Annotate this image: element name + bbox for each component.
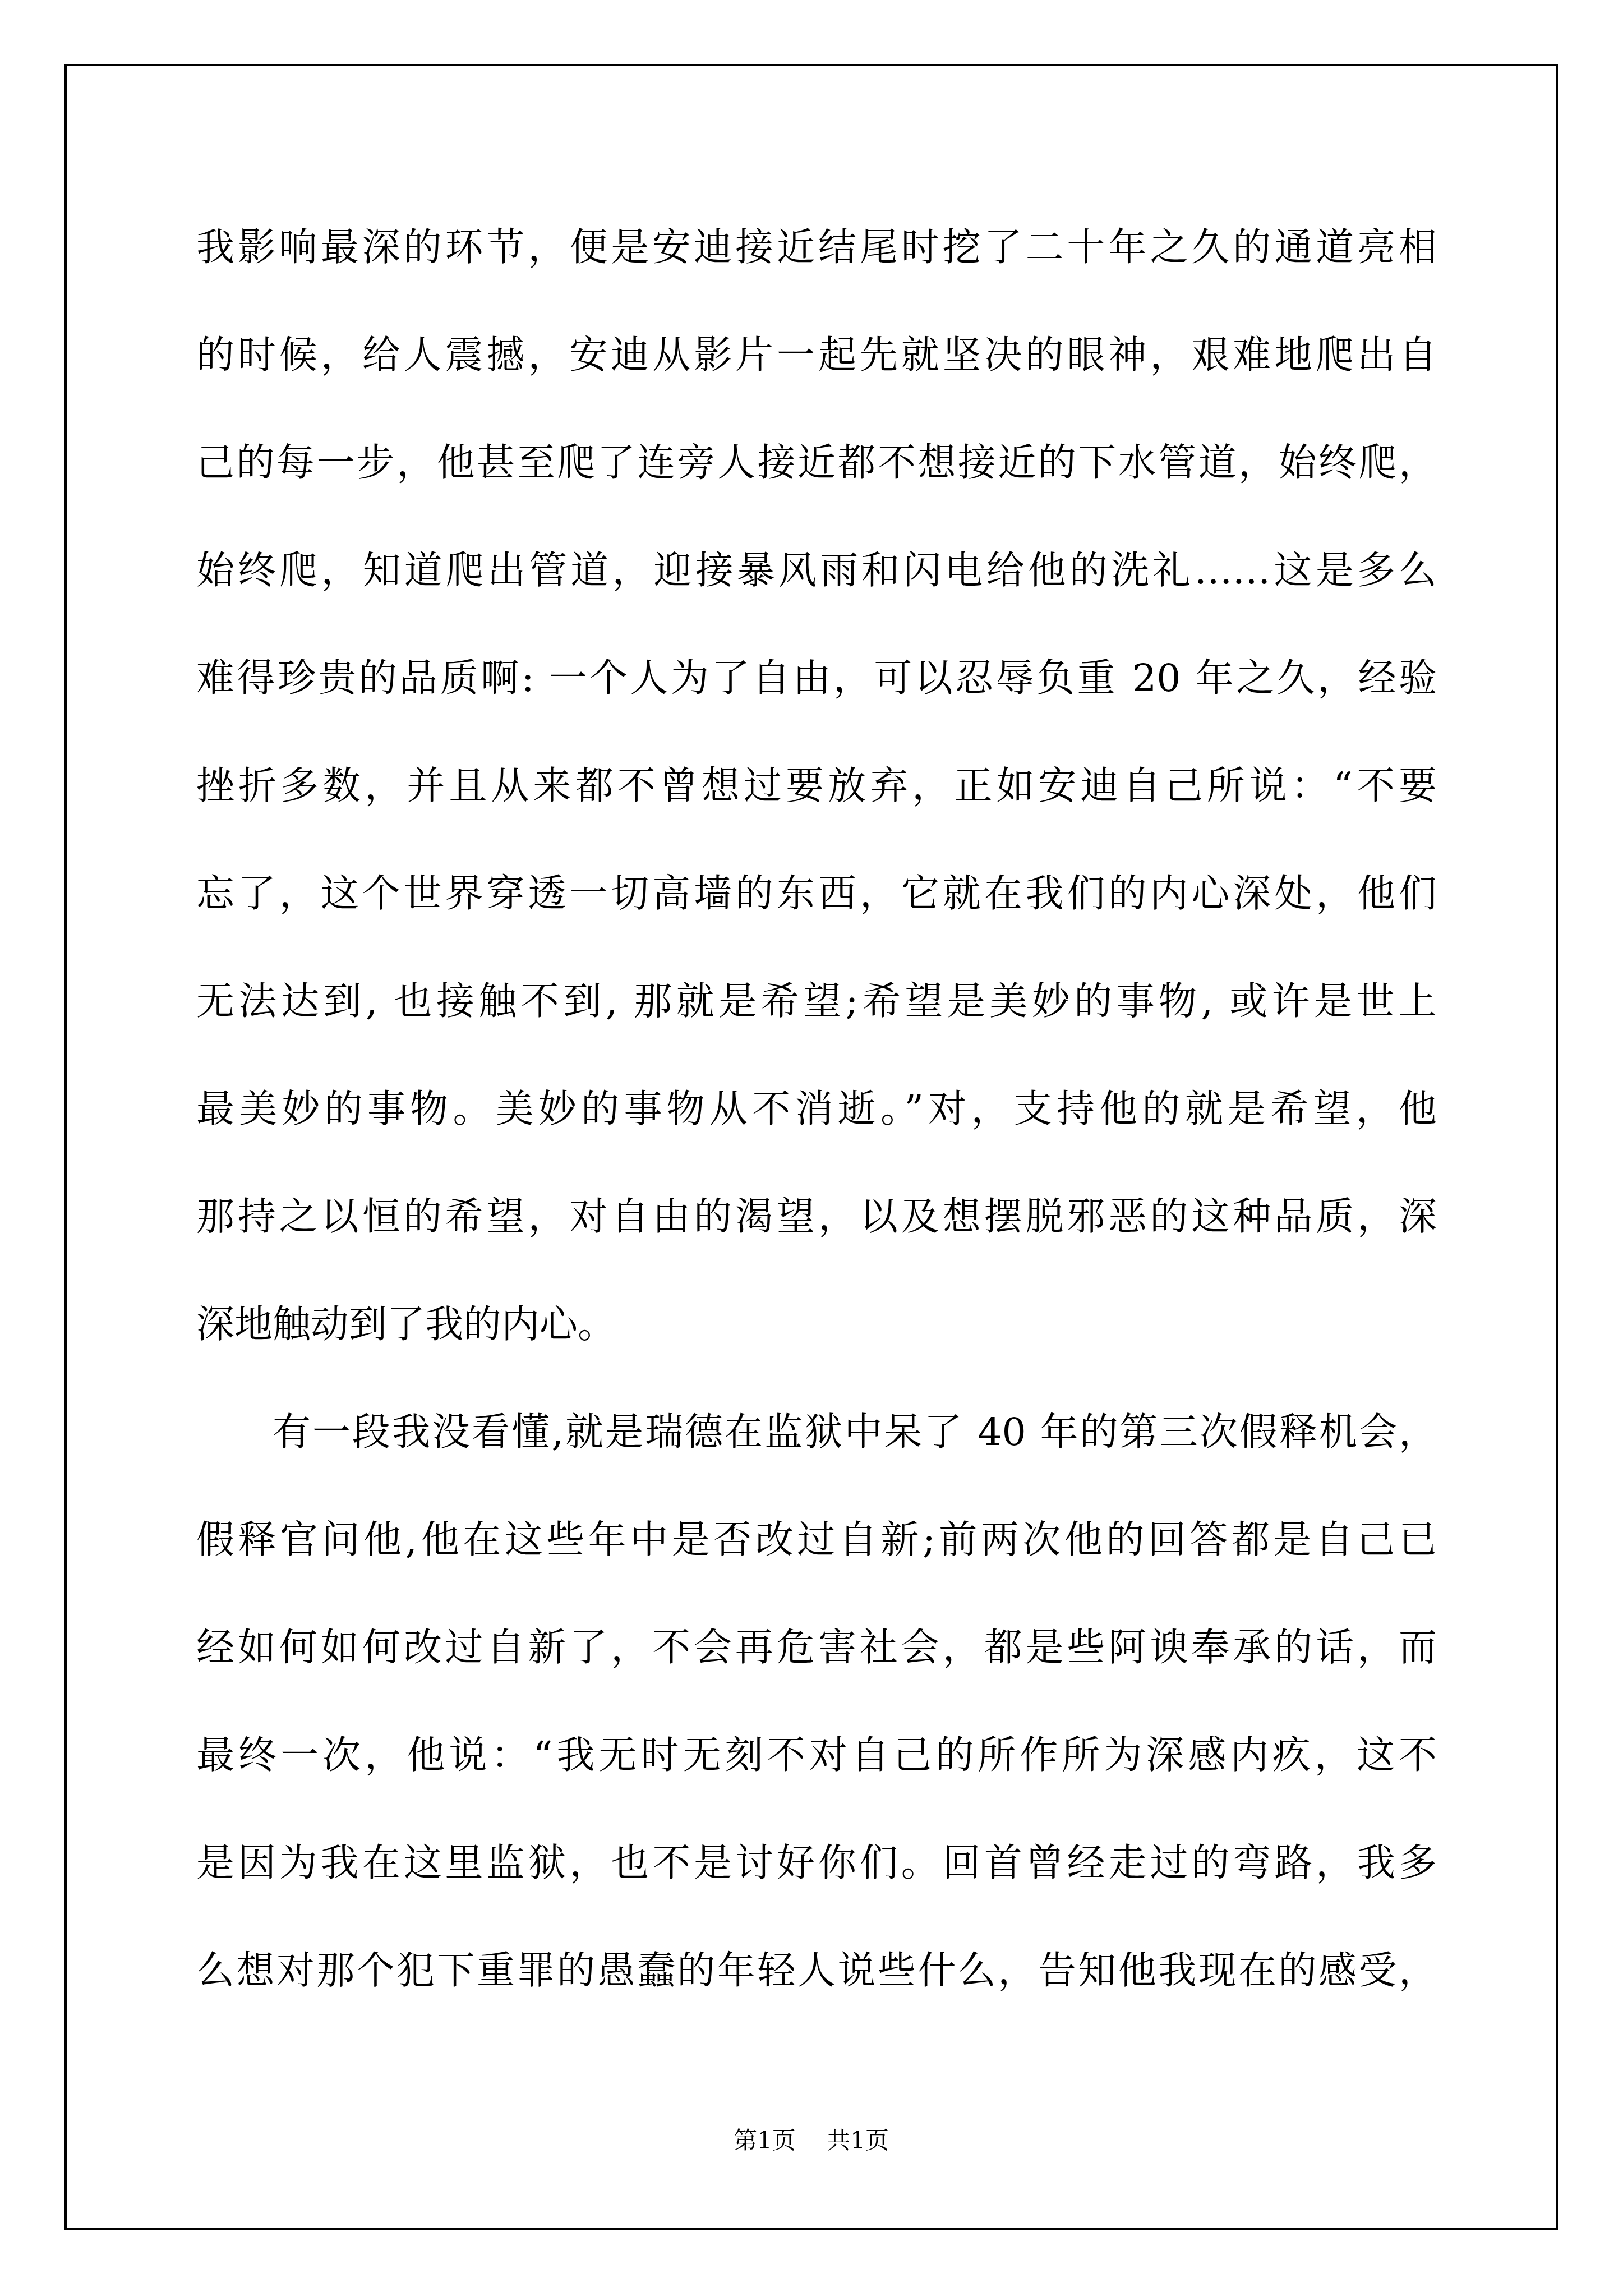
text-line: 挫折多数，并且从来都不曾想过要放弃，正如安迪自己所说：“不要 [196, 733, 1437, 840]
text-line-paragraph-end: 深地触动到了我的内心。 [196, 1271, 1437, 1379]
text-line: 忘了，这个世界穿透一切高墙的东西，它就在我们的内心深处，他们 [196, 840, 1437, 948]
page-number-label: 第1页 [734, 2124, 796, 2157]
text-line: 最终一次，他说：“我无时无刻不对自己的所作所为深感内疚，这不 [196, 1702, 1437, 1810]
text-line: 己的每一步，他甚至爬了连旁人接近都不想接近的下水管道，始终爬， [196, 409, 1437, 517]
document-body-text: 我影响最深的环节，便是安迪接近结尾时挖了二十年之久的通道亮相 的时候，给人震撼，… [196, 194, 1437, 2025]
total-pages-label: 共1页 [827, 2124, 889, 2157]
text-line: 我影响最深的环节，便是安迪接近结尾时挖了二十年之久的通道亮相 [196, 194, 1437, 302]
text-line-paragraph-start: 有一段我没看懂,就是瑞德在监狱中呆了 40 年的第三次假释机会， [196, 1379, 1437, 1487]
text-line: 那持之以恒的希望，对自由的渴望，以及想摆脱邪恶的这种品质，深 [196, 1163, 1437, 1271]
text-line: 的时候，给人震撼，安迪从影片一起先就坚决的眼神，艰难地爬出自 [196, 302, 1437, 409]
page-footer: 第1页 共1页 [64, 2124, 1558, 2157]
text-line: 最美妙的事物。美妙的事物从不消逝。”对，支持他的就是希望，他 [196, 1056, 1437, 1163]
text-line: 无法达到, 也接触不到, 那就是希望;希望是美妙的事物, 或许是世上 [196, 948, 1437, 1056]
text-line: 始终爬，知道爬出管道，迎接暴风雨和闪电给他的洗礼……这是多么 [196, 517, 1437, 625]
document-page: { "doc": { "lines": [ "我影响最深的环节，便是安迪接近结尾… [0, 0, 1623, 2296]
text-line: 难得珍贵的品质啊: 一个人为了自由，可以忍辱负重 20 年之久，经验 [196, 625, 1437, 733]
text-line: 假释官问他,他在这些年中是否改过自新;前两次他的回答都是自己已 [196, 1487, 1437, 1594]
text-line: 是因为我在这里监狱，也不是讨好你们。回首曾经走过的弯路，我多 [196, 1810, 1437, 1917]
text-line: 么想对那个犯下重罪的愚蠢的年轻人说些什么，告知他我现在的感受， [196, 1917, 1437, 2025]
text-line: 经如何如何改过自新了，不会再危害社会，都是些阿谀奉承的话，而 [196, 1594, 1437, 1702]
